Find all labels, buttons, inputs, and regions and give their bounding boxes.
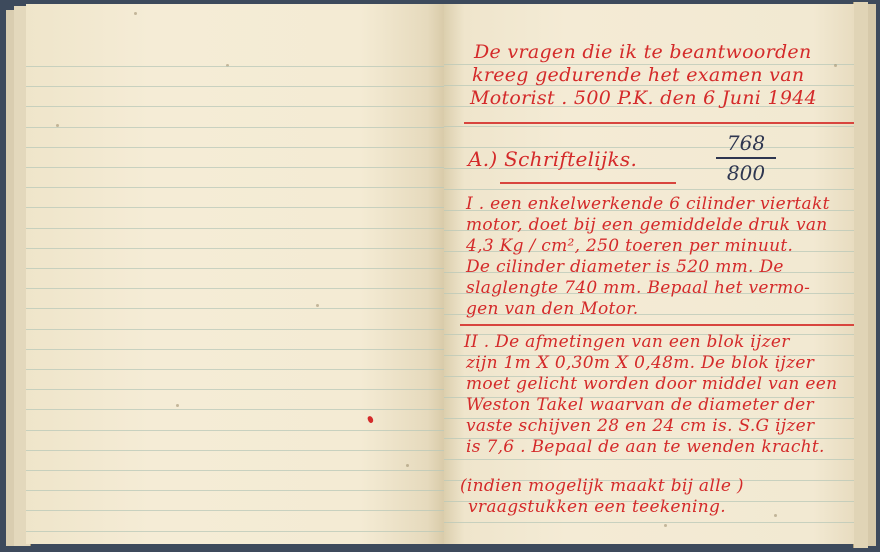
ruled-line <box>26 207 444 208</box>
ruled-line <box>26 430 444 431</box>
question-2-line-1: II . De afmetingen van een blok ijzer <box>464 332 790 353</box>
ruled-line <box>26 470 444 471</box>
note-line-2: vraagstukken een teekening. <box>468 497 726 518</box>
ruled-line <box>26 167 444 168</box>
ruled-line <box>26 248 444 249</box>
note-line-1: (indien mogelijk maakt bij alle ) <box>460 476 744 497</box>
section-a-label: A.) Schriftelijks. <box>468 149 637 170</box>
ruled-line <box>26 490 444 491</box>
red-divider-2 <box>460 324 854 326</box>
ruled-line <box>26 288 444 289</box>
open-notebook: De vragen die ik te beantwoorden kreeg g… <box>0 0 880 552</box>
question-1-line-6: gen van den Motor. <box>466 299 638 320</box>
question-1-line-3: 4,3 Kg / cm², 250 toeren per minuut. <box>466 236 793 257</box>
ruled-line <box>26 409 444 410</box>
question-1-line-1: I . een enkelwerkende 6 cilinder viertak… <box>466 194 830 215</box>
right-page: De vragen die ik te beantwoorden kreeg g… <box>444 4 854 544</box>
heading-line-3: Motorist . 500 P.K. den 6 Juni 1944 <box>470 88 817 109</box>
ruled-line <box>26 329 444 330</box>
ruled-line <box>26 369 444 370</box>
ruled-line <box>26 268 444 269</box>
ruled-line <box>26 450 444 451</box>
ruled-line <box>26 349 444 350</box>
section-a-underline <box>500 182 676 184</box>
page-stack-right-inner <box>853 2 868 548</box>
ruled-line <box>444 189 854 190</box>
question-2-line-4: Weston Takel waarvan de diameter der <box>466 395 814 416</box>
score-numerator: 768 <box>727 131 765 155</box>
ruled-line <box>26 308 444 309</box>
ruled-line <box>26 147 444 148</box>
ruled-line <box>26 66 444 67</box>
heading-line-1: De vragen die ik te beantwoorden <box>474 42 812 63</box>
ruled-line <box>26 86 444 87</box>
question-2-line-3: moet gelicht worden door middel van een <box>466 374 837 395</box>
exam-score: 768 800 <box>716 131 776 185</box>
question-2-line-6: is 7,6 . Bepaal de aan te wenden kracht. <box>466 437 825 458</box>
question-2-line-2: zijn 1m X 0,30m X 0,48m. De blok ijzer <box>466 353 814 374</box>
ruled-line <box>26 389 444 390</box>
ruled-line <box>444 459 854 460</box>
ruled-line <box>26 510 444 511</box>
question-2-line-5: vaste schijven 28 en 24 cm is. S.G ijzer <box>466 416 814 437</box>
red-ink-blot <box>367 415 374 423</box>
score-denominator: 800 <box>727 161 765 185</box>
question-1-line-2: motor, doet bij een gemiddelde druk van <box>466 215 828 236</box>
ruled-line <box>444 522 854 523</box>
left-page <box>26 4 444 544</box>
ruled-line <box>26 127 444 128</box>
fraction-bar <box>716 157 776 159</box>
red-divider-1 <box>464 122 854 124</box>
ruled-line <box>26 531 444 532</box>
heading-line-2: kreeg gedurende het examen van <box>472 65 804 86</box>
ruled-line <box>26 228 444 229</box>
ruled-line <box>26 187 444 188</box>
question-1-line-4: De cilinder diameter is 520 mm. De <box>466 257 784 278</box>
ruled-line <box>26 106 444 107</box>
question-1-line-5: slaglengte 740 mm. Bepaal het vermo- <box>466 278 810 299</box>
ruled-line <box>444 126 854 127</box>
